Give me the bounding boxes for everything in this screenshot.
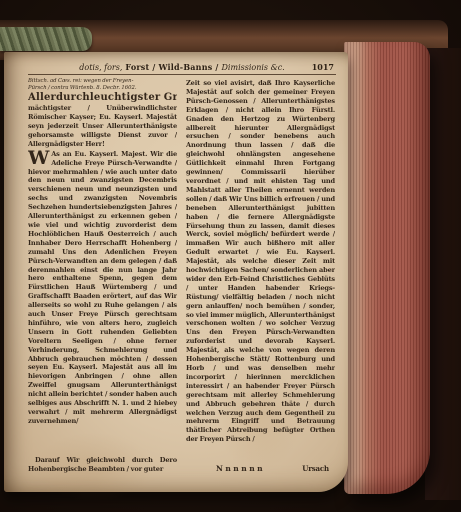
signature-row: Nnnnnn Ursach xyxy=(186,465,335,474)
left-column: Bittsch. ad Cæs. rei: wegen der Freyen- … xyxy=(28,78,177,474)
text-columns: Bittsch. ad Cæs. rei: wegen der Freyen- … xyxy=(28,78,336,474)
margin-note-line2: Pürsch / contra Würtenb. 8. Decbr. 1602. xyxy=(28,85,177,92)
book-cover-edge xyxy=(425,48,461,500)
right-column-body: Zeit so viel avisirt, daß Ihro Kayserlic… xyxy=(186,79,335,464)
margin-note-line1: Bittsch. ad Cæs. rei: wegen der Freyen- xyxy=(28,78,177,85)
running-head-left: dotis, fors, xyxy=(79,62,122,73)
left-column-body: WAs an Eu. Kayserl. Majest. Wir die Adel… xyxy=(28,150,177,456)
printed-text-area: dotis, fors, Forst / Wild-Banns / Dimiss… xyxy=(28,62,336,476)
signature-mark: Nnnnnn xyxy=(216,465,265,474)
book-page: dotis, fors, Forst / Wild-Banns / Dimiss… xyxy=(4,52,348,492)
book-fore-edge xyxy=(344,42,430,494)
right-column: Zeit so viel avisirt, daß Ihro Kayserlic… xyxy=(186,78,335,474)
book-headband xyxy=(0,27,92,51)
book-photo: dotis, fors, Forst / Wild-Banns / Dimiss… xyxy=(0,0,461,512)
catchword: Ursach xyxy=(302,465,329,474)
running-head-center: Forst / Wild-Banns / xyxy=(125,62,218,73)
running-head-right: Dimissionis &c. xyxy=(222,62,285,73)
dropcap-initial: W xyxy=(28,150,51,166)
salutation-heading: Allerdurchleuchtigster Groß- xyxy=(28,92,177,104)
page-number: 1017 xyxy=(312,62,334,73)
running-head: dotis, fors, Forst / Wild-Banns / Dimiss… xyxy=(28,62,336,75)
salutation-text: mächtigster / Unüberwindlichster Römisch… xyxy=(28,104,177,149)
left-column-last-paragraph: Darauf Wir gleichwohl durch Dero Hohenbe… xyxy=(28,456,177,474)
left-column-body-text: As an Eu. Kayserl. Majest. Wir die Adeli… xyxy=(28,150,177,425)
